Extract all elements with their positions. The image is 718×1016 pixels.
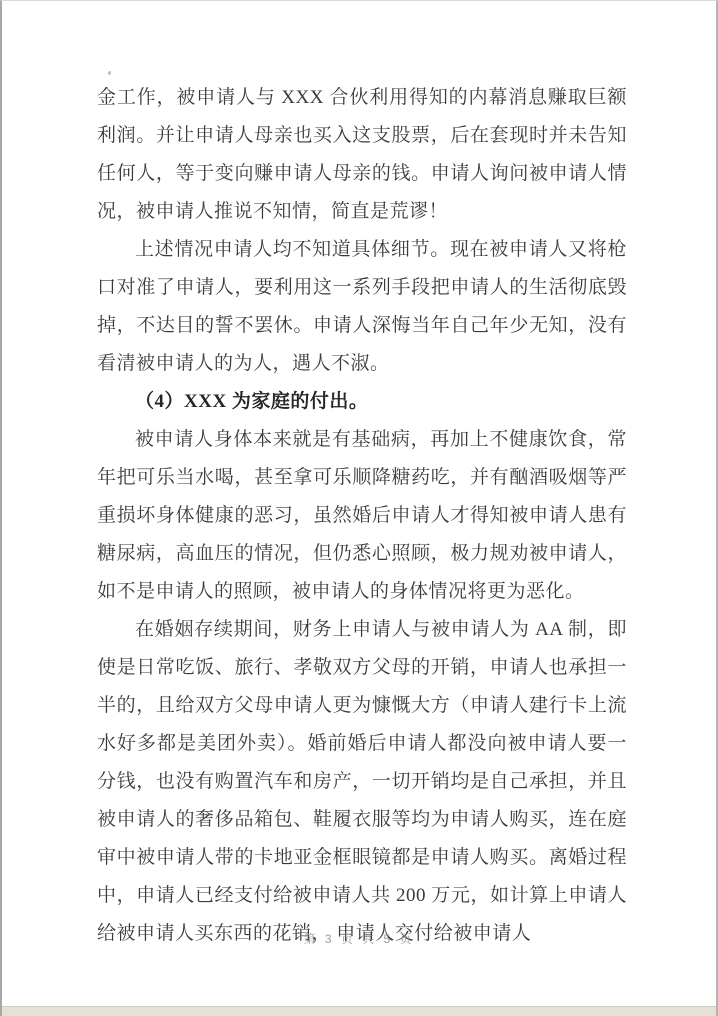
paragraph-continuation: 金工作，被申请人与 XXX 合伙利用得知的内幕消息赚取巨额利润。并让申请人母亲也… <box>97 79 627 231</box>
scan-artifact <box>107 71 111 76</box>
page-number: 第 3 页 共 5 页 <box>2 931 716 947</box>
page-bottom-edge <box>0 1006 718 1016</box>
paragraph: 上述情况申请人均不知道具体细节。现在被申请人又将枪口对准了申请人，要利用这一系列… <box>97 231 627 383</box>
paragraph: 被申请人身体本来就是有基础病，再加上不健康饮食，常年把可乐当水喝，甚至拿可乐顺降… <box>97 421 627 611</box>
paragraph: 在婚姻存续期间，财务上申请人与被申请人为 AA 制，即使是日常吃饭、旅行、孝敬双… <box>97 611 627 953</box>
section-heading: （4）XXX 为家庭的付出。 <box>97 383 627 421</box>
document-page: 金工作，被申请人与 XXX 合伙利用得知的内幕消息赚取巨额利润。并让申请人母亲也… <box>0 0 718 1016</box>
document-content: 金工作，被申请人与 XXX 合伙利用得知的内幕消息赚取巨额利润。并让申请人母亲也… <box>97 79 627 953</box>
